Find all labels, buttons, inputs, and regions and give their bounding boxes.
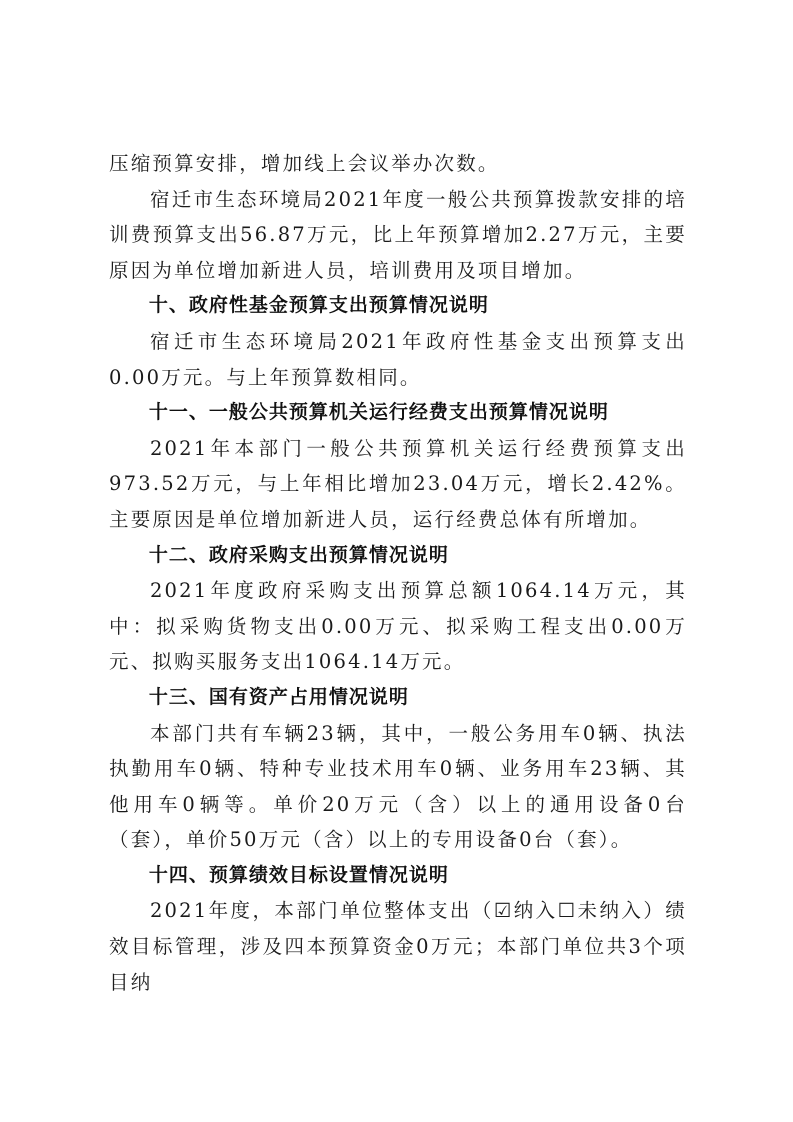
paragraph-gov-fund: 宿迁市生态环境局2021年政府性基金支出预算支出0.00万元。与上年预算数相同。 — [109, 324, 687, 395]
paragraph-training-expense: 宿迁市生态环境局2021年度一般公共预算拨款安排的培训费预算支出56.87万元，… — [109, 182, 687, 289]
paragraph-state-assets: 本部门共有车辆23辆，其中，一般公务用车0辆、执法执勤用车0辆、特种专业技术用车… — [109, 716, 687, 858]
paragraph-meeting-budget: 压缩预算安排，增加线上会议举办次数。 — [109, 146, 687, 182]
heading-section-12: 十二、政府采购支出预算情况说明 — [109, 538, 687, 574]
heading-section-11: 十一、一般公共预算机关运行经费支出预算情况说明 — [109, 395, 687, 431]
document-page: 压缩预算安排，增加线上会议举办次数。 宿迁市生态环境局2021年度一般公共预算拨… — [109, 146, 687, 1000]
heading-section-10: 十、政府性基金预算支出预算情况说明 — [109, 288, 687, 324]
paragraph-performance-goals: 2021年度，本部门单位整体支出（☑纳入☐未纳入）绩效目标管理，涉及四本预算资金… — [109, 893, 687, 1000]
heading-section-14: 十四、预算绩效目标设置情况说明 — [109, 858, 687, 894]
paragraph-operating-expense: 2021年本部门一般公共预算机关运行经费预算支出973.52万元，与上年相比增加… — [109, 431, 687, 538]
paragraph-procurement: 2021年度政府采购支出预算总额1064.14万元，其中：拟采购货物支出0.00… — [109, 573, 687, 680]
heading-section-13: 十三、国有资产占用情况说明 — [109, 680, 687, 716]
